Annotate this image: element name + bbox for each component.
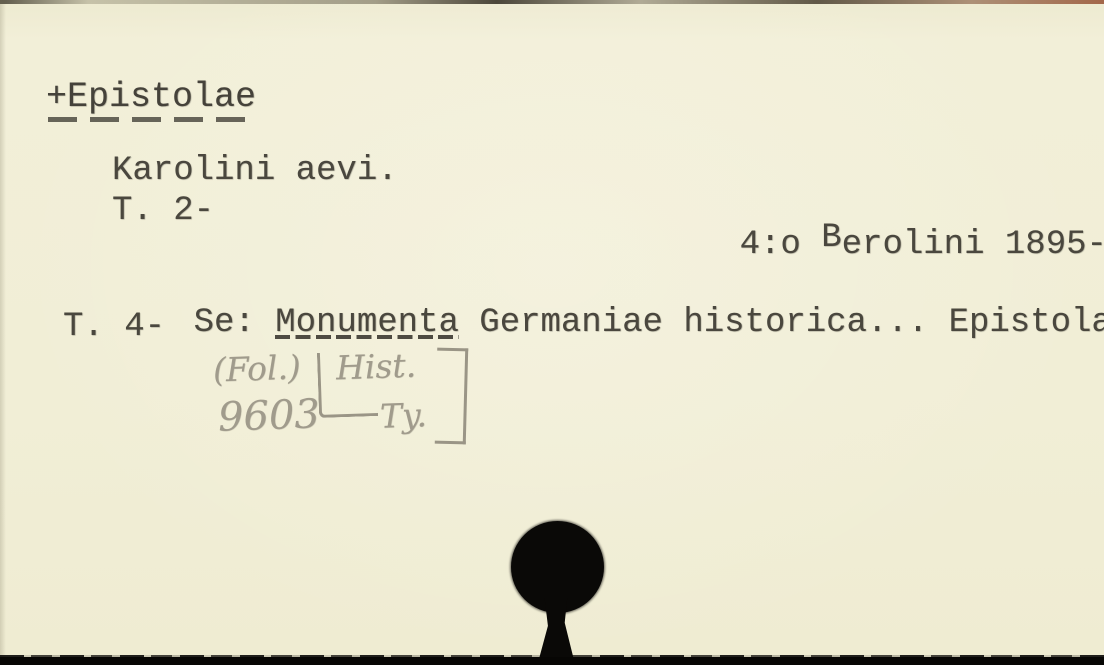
volume-line: T. 2- xyxy=(112,194,214,228)
imprint-place-year: erolini 1895- xyxy=(842,226,1104,264)
see-rest: Germaniae historica... Epistolarum xyxy=(459,304,1104,342)
see-prefix: Se: xyxy=(194,304,276,342)
pencil-classification-bottom: Ty. xyxy=(379,398,427,433)
top-edge-shadow xyxy=(0,0,1104,4)
pencil-shelf-number: 9603 xyxy=(217,394,320,438)
left-edge-shadow xyxy=(0,0,6,665)
pencil-right-bracket xyxy=(435,348,469,445)
see-volume-line: T. 4- xyxy=(63,310,165,344)
imprint-format: 4:o xyxy=(740,226,822,264)
see-underlined-term: Monumenta xyxy=(275,304,459,350)
title-line: Karolini aevi. xyxy=(112,154,398,188)
heading-underline xyxy=(48,117,248,122)
pencil-format-note: (Fol.) xyxy=(212,350,301,386)
pencil-classification-top: Hist. xyxy=(335,349,416,385)
imprint-superscript-letter: B xyxy=(821,219,841,257)
heading-entry: +Epistolae xyxy=(46,80,256,114)
catalog-card: +Epistolae Karolini aevi. T. 2- 4:o Bero… xyxy=(0,0,1104,665)
bottom-edge-bar xyxy=(0,657,1104,665)
